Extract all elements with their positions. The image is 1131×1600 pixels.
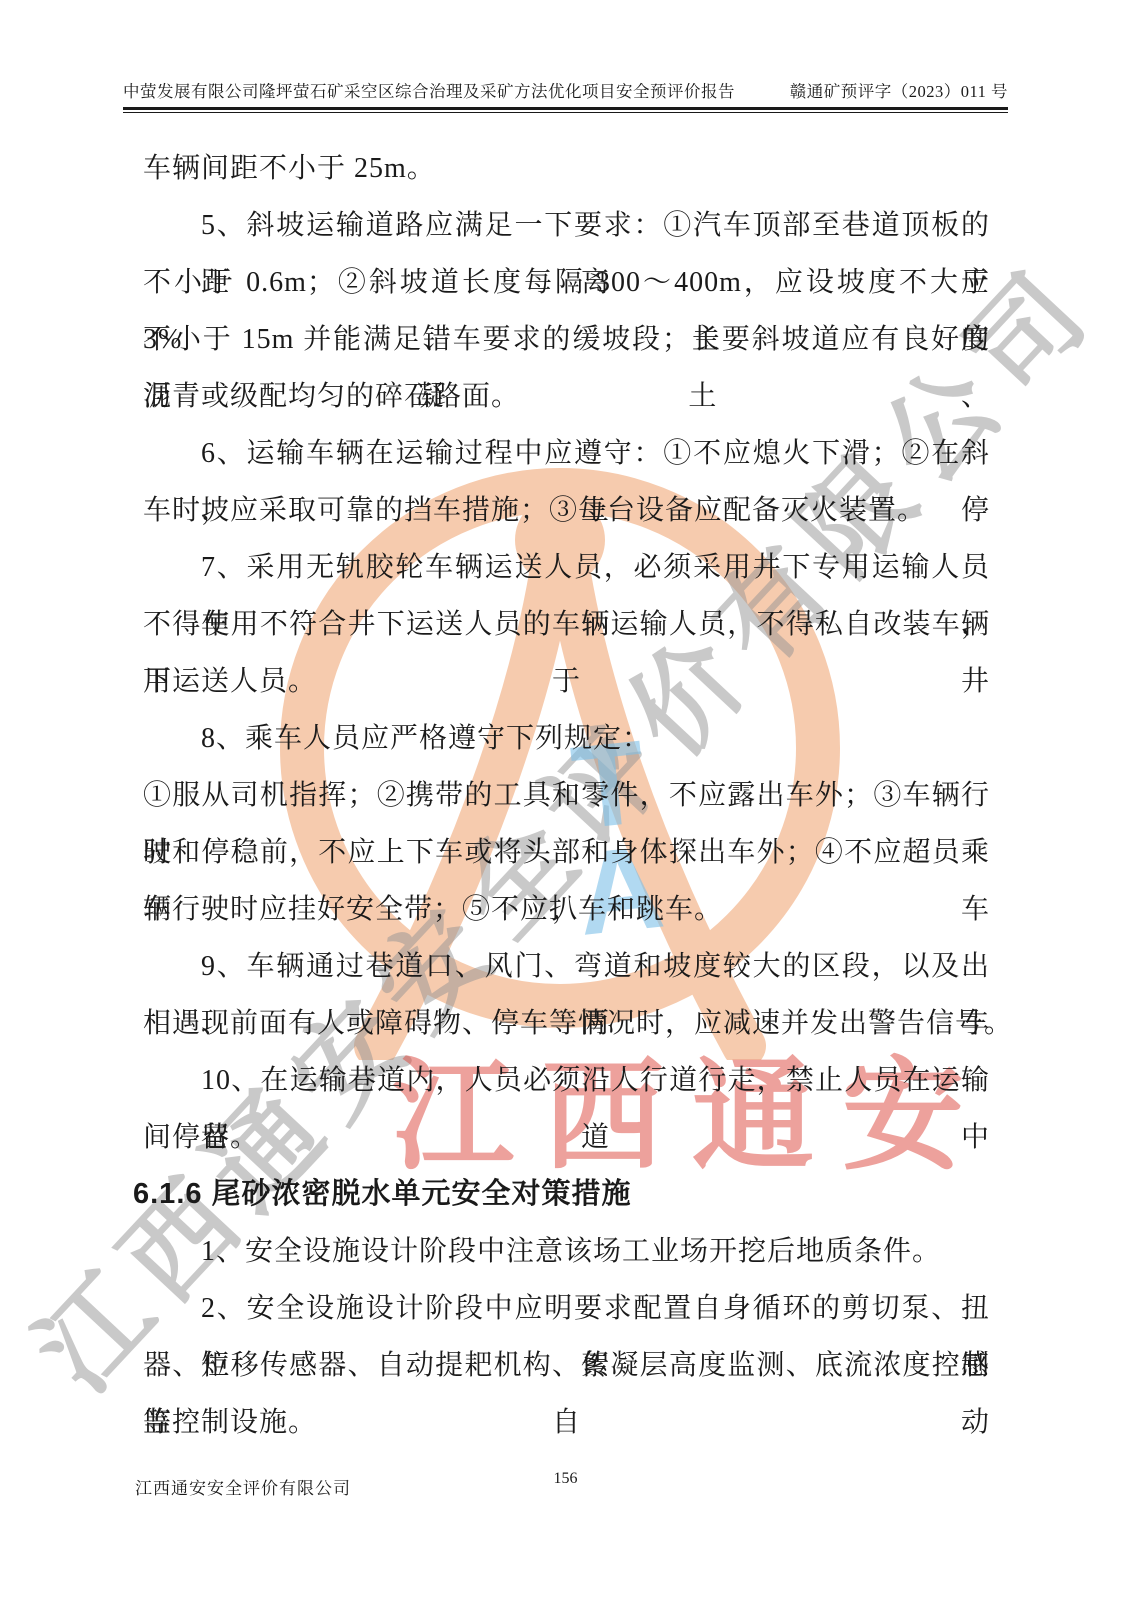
header-doc-number: 赣通矿预评字（2023）011 号 (790, 78, 1008, 102)
body-line: 8、乘车人员应严格遵守下列规定： (143, 710, 990, 767)
body-line: 不小于 0.6m；②斜坡道长度每隔 300～400m，应设坡度不大于 3%、长度 (143, 254, 990, 311)
body-line: 2、安全设施设计阶段中应明要求配置自身循环的剪切泵、扭矩传感 (143, 1280, 990, 1337)
page-header: 中萤发展有限公司隆坪萤石矿采空区综合治理及采矿方法优化项目安全预评价报告 赣通矿… (123, 78, 1008, 102)
body-line: 7、采用无轨胶轮车辆运送人员，必须采用井下专用运输人员车辆， (143, 539, 990, 596)
body-line: 车时，应采取可靠的挡车措施；③每台设备应配备灭火装置。 (143, 482, 990, 539)
body-line: 10、在运输巷道内，人员必须沿人行道行走，禁止人员在运输巷道中 (143, 1052, 990, 1109)
section-heading: 6.1.6 尾砂浓密脱水单元安全对策措施 (133, 1166, 990, 1223)
page-number: 156 (0, 1470, 1131, 1488)
header-report-title: 中萤发展有限公司隆坪萤石矿采空区综合治理及采矿方法优化项目安全预评价报告 (123, 78, 735, 102)
body-line: 不得使用不符合井下运送人员的车辆运输人员，不得私自改装车辆用于井 (143, 596, 990, 653)
body-line: 1、安全设施设计阶段中注意该场工业场开挖后地质条件。 (143, 1223, 990, 1280)
body-line: 6、运输车辆在运输过程中应遵守：①不应熄火下滑；②在斜坡上停 (143, 425, 990, 482)
body-line: 5、斜坡运输道路应满足一下要求：①汽车顶部至巷道顶板的距离应 (143, 197, 990, 254)
body-line: 车辆间距不小于 25m。 (143, 140, 990, 197)
body-line: ①服从司机指挥；②携带的工具和零件，不应露出车外；③车辆行驶 (143, 767, 990, 824)
body-line: 器、位移传感器、自动提耙机构、絮凝层高度监测、底流浓度控制等自动 (143, 1337, 990, 1394)
document-page: { "header": { "title": "中萤发展有限公司隆坪萤石矿采空区… (0, 0, 1131, 1600)
header-rule (123, 107, 1008, 113)
document-body: 车辆间距不小于 25m。5、斜坡运输道路应满足一下要求：①汽车顶部至巷道顶板的距… (143, 140, 990, 1451)
body-line: 9、车辆通过巷道口、风门、弯道和坡度较大的区段，以及出现两车 (143, 938, 990, 995)
body-line: 相遇、前面有人或障碍物、停车等情况时，应减速并发出警告信号。 (143, 995, 990, 1052)
body-line: 时和停稳前，不应上下车或将头部和身体探出车外；④不应超员乘车，车 (143, 824, 990, 881)
body-line: 不小于 15m 并能满足错车要求的缓坡段；主要斜坡道应有良好的混凝土、 (143, 311, 990, 368)
